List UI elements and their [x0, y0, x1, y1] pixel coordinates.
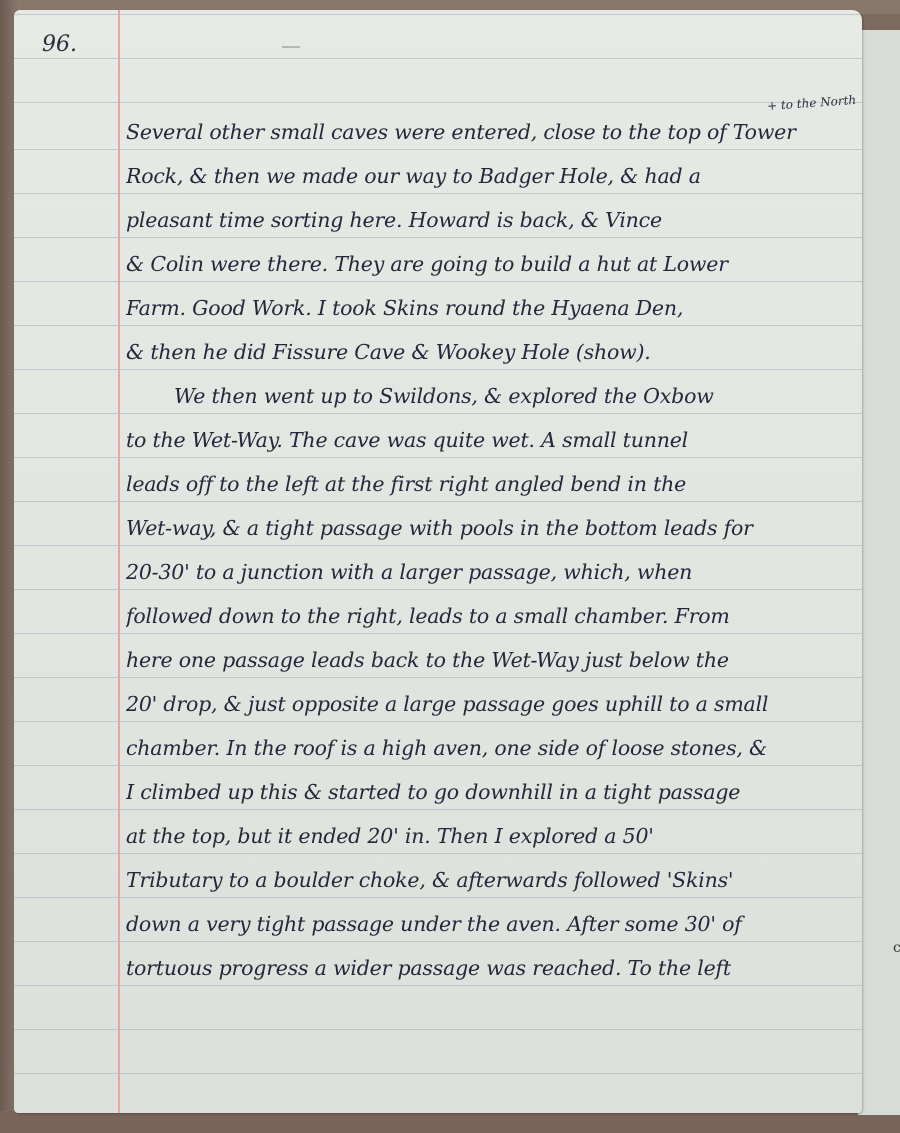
text-line: 20-30' to a junction with a larger passa…	[126, 550, 856, 594]
notebook-page: 96. + to the North Several other small c…	[14, 10, 862, 1113]
next-page-edge: c	[858, 30, 900, 1115]
text-line: followed down to the right, leads to a s…	[126, 594, 856, 638]
page-number: 96.	[42, 32, 77, 57]
text-line: leads off to the left at the first right…	[126, 462, 856, 506]
text-line: I climbed up this & started to go downhi…	[126, 770, 856, 814]
text-line: Farm. Good Work. I took Skins round the …	[126, 286, 856, 330]
text-line: Tributary to a boulder choke, & afterwar…	[126, 858, 856, 902]
text-line: Several other small caves were entered, …	[126, 110, 856, 154]
text-line: chamber. In the roof is a high aven, one…	[126, 726, 856, 770]
text-line: to the Wet-Way. The cave was quite wet. …	[126, 418, 856, 462]
text-line: at the top, but it ended 20' in. Then I …	[126, 814, 856, 858]
text-line: 20' drop, & just opposite a large passag…	[126, 682, 856, 726]
text-line: tortuous progress a wider passage was re…	[126, 946, 856, 990]
text-line: here one passage leads back to the Wet-W…	[126, 638, 856, 682]
margin-line	[118, 10, 120, 1113]
text-line: Rock, & then we made our way to Badger H…	[126, 154, 856, 198]
text-line: Wet-way, & a tight passage with pools in…	[126, 506, 856, 550]
text-line: & then he did Fissure Cave & Wookey Hole…	[126, 330, 856, 374]
text-line: & Colin were there. They are going to bu…	[126, 242, 856, 286]
text-line: We then went up to Swildons, & explored …	[126, 374, 856, 418]
text-line: pleasant time sorting here. Howard is ba…	[126, 198, 856, 242]
text-line: down a very tight passage under the aven…	[126, 902, 856, 946]
next-page-mark: c	[893, 940, 900, 956]
handwritten-text: Several other small caves were entered, …	[126, 110, 856, 990]
background-bottom	[0, 1111, 900, 1133]
smudge-mark	[282, 46, 300, 48]
